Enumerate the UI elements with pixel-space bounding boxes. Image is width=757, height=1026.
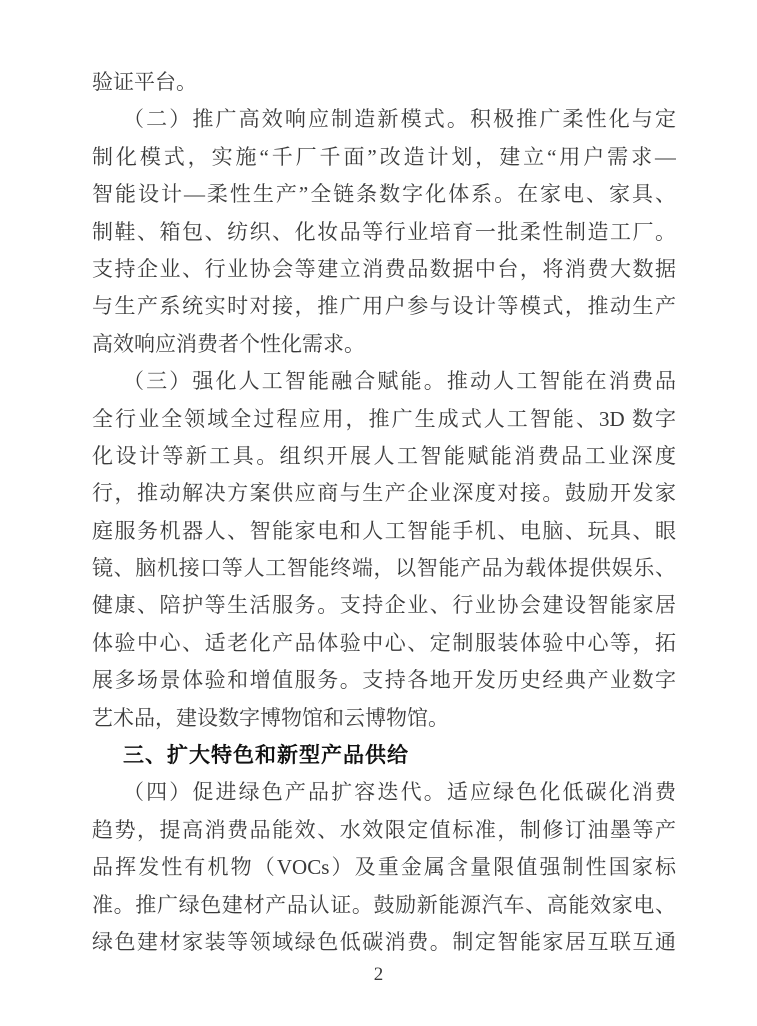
text-line: （四）促进绿色产品扩容迭代。适应绿色化低碳化消费: [92, 774, 676, 811]
text-line: （二）推广高效响应制造新模式。积极推广柔性化与定: [92, 101, 676, 138]
page-footer: 2: [0, 964, 757, 986]
text-line: 展多场景体验和增值服务。支持各地开发历史经典产业数字: [92, 662, 676, 699]
text-line: 品挥发性有机物（VOCs）及重金属含量限值强制性国家标: [92, 849, 676, 886]
text-line: 庭服务机器人、智能家电和人工智能手机、电脑、玩具、眼: [92, 513, 676, 550]
text-line: 准。推广绿色建材产品认证。鼓励新能源汽车、高能效家电、: [92, 887, 676, 924]
text-line: 化设计等新工具。组织开展人工智能赋能消费品工业深度: [92, 438, 676, 475]
text-line: 绿色建材家装等领域绿色低碳消费。制定智能家居互联互通: [92, 924, 676, 961]
text-line: 趋势，提高消费品能效、水效限定值标准，制修订油墨等产: [92, 812, 676, 849]
document-page: 验证平台。（二）推广高效响应制造新模式。积极推广柔性化与定制化模式，实施“千厂千…: [0, 0, 757, 1026]
page-number: 2: [374, 964, 384, 985]
text-line: 艺术品，建设数字博物馆和云博物馆。: [92, 700, 676, 737]
text-line: 高效响应消费者个性化需求。: [92, 326, 676, 363]
text-line: 智能设计—柔性生产”全链条数字化体系。在家电、家具、: [92, 176, 676, 213]
text-line: 体验中心、适老化产品体验中心、定制服装体验中心等，拓: [92, 625, 676, 662]
text-line: 与生产系统实时对接，推广用户参与设计等模式，推动生产: [92, 288, 676, 325]
text-line: 制鞋、箱包、纺织、化妆品等行业培育一批柔性制造工厂。: [92, 214, 676, 251]
text-line: 验证平台。: [92, 64, 676, 101]
text-line: 健康、陪护等生活服务。支持企业、行业协会建设智能家居: [92, 587, 676, 624]
text-line: 行，推动解决方案供应商与生产企业深度对接。鼓励开发家: [92, 475, 676, 512]
section-heading: 三、扩大特色和新型产品供给: [92, 737, 676, 774]
text-line: （三）强化人工智能融合赋能。推动人工智能在消费品: [92, 363, 676, 400]
document-lines: 验证平台。（二）推广高效响应制造新模式。积极推广柔性化与定制化模式，实施“千厂千…: [92, 64, 676, 961]
text-line: 镜、脑机接口等人工智能终端，以智能产品为载体提供娱乐、: [92, 550, 676, 587]
text-line: 全行业全领域全过程应用，推广生成式人工智能、3D 数字: [92, 401, 676, 438]
text-line: 制化模式，实施“千厂千面”改造计划，建立“用户需求—: [92, 139, 676, 176]
text-line: 支持企业、行业协会等建立消费品数据中台，将消费大数据: [92, 251, 676, 288]
